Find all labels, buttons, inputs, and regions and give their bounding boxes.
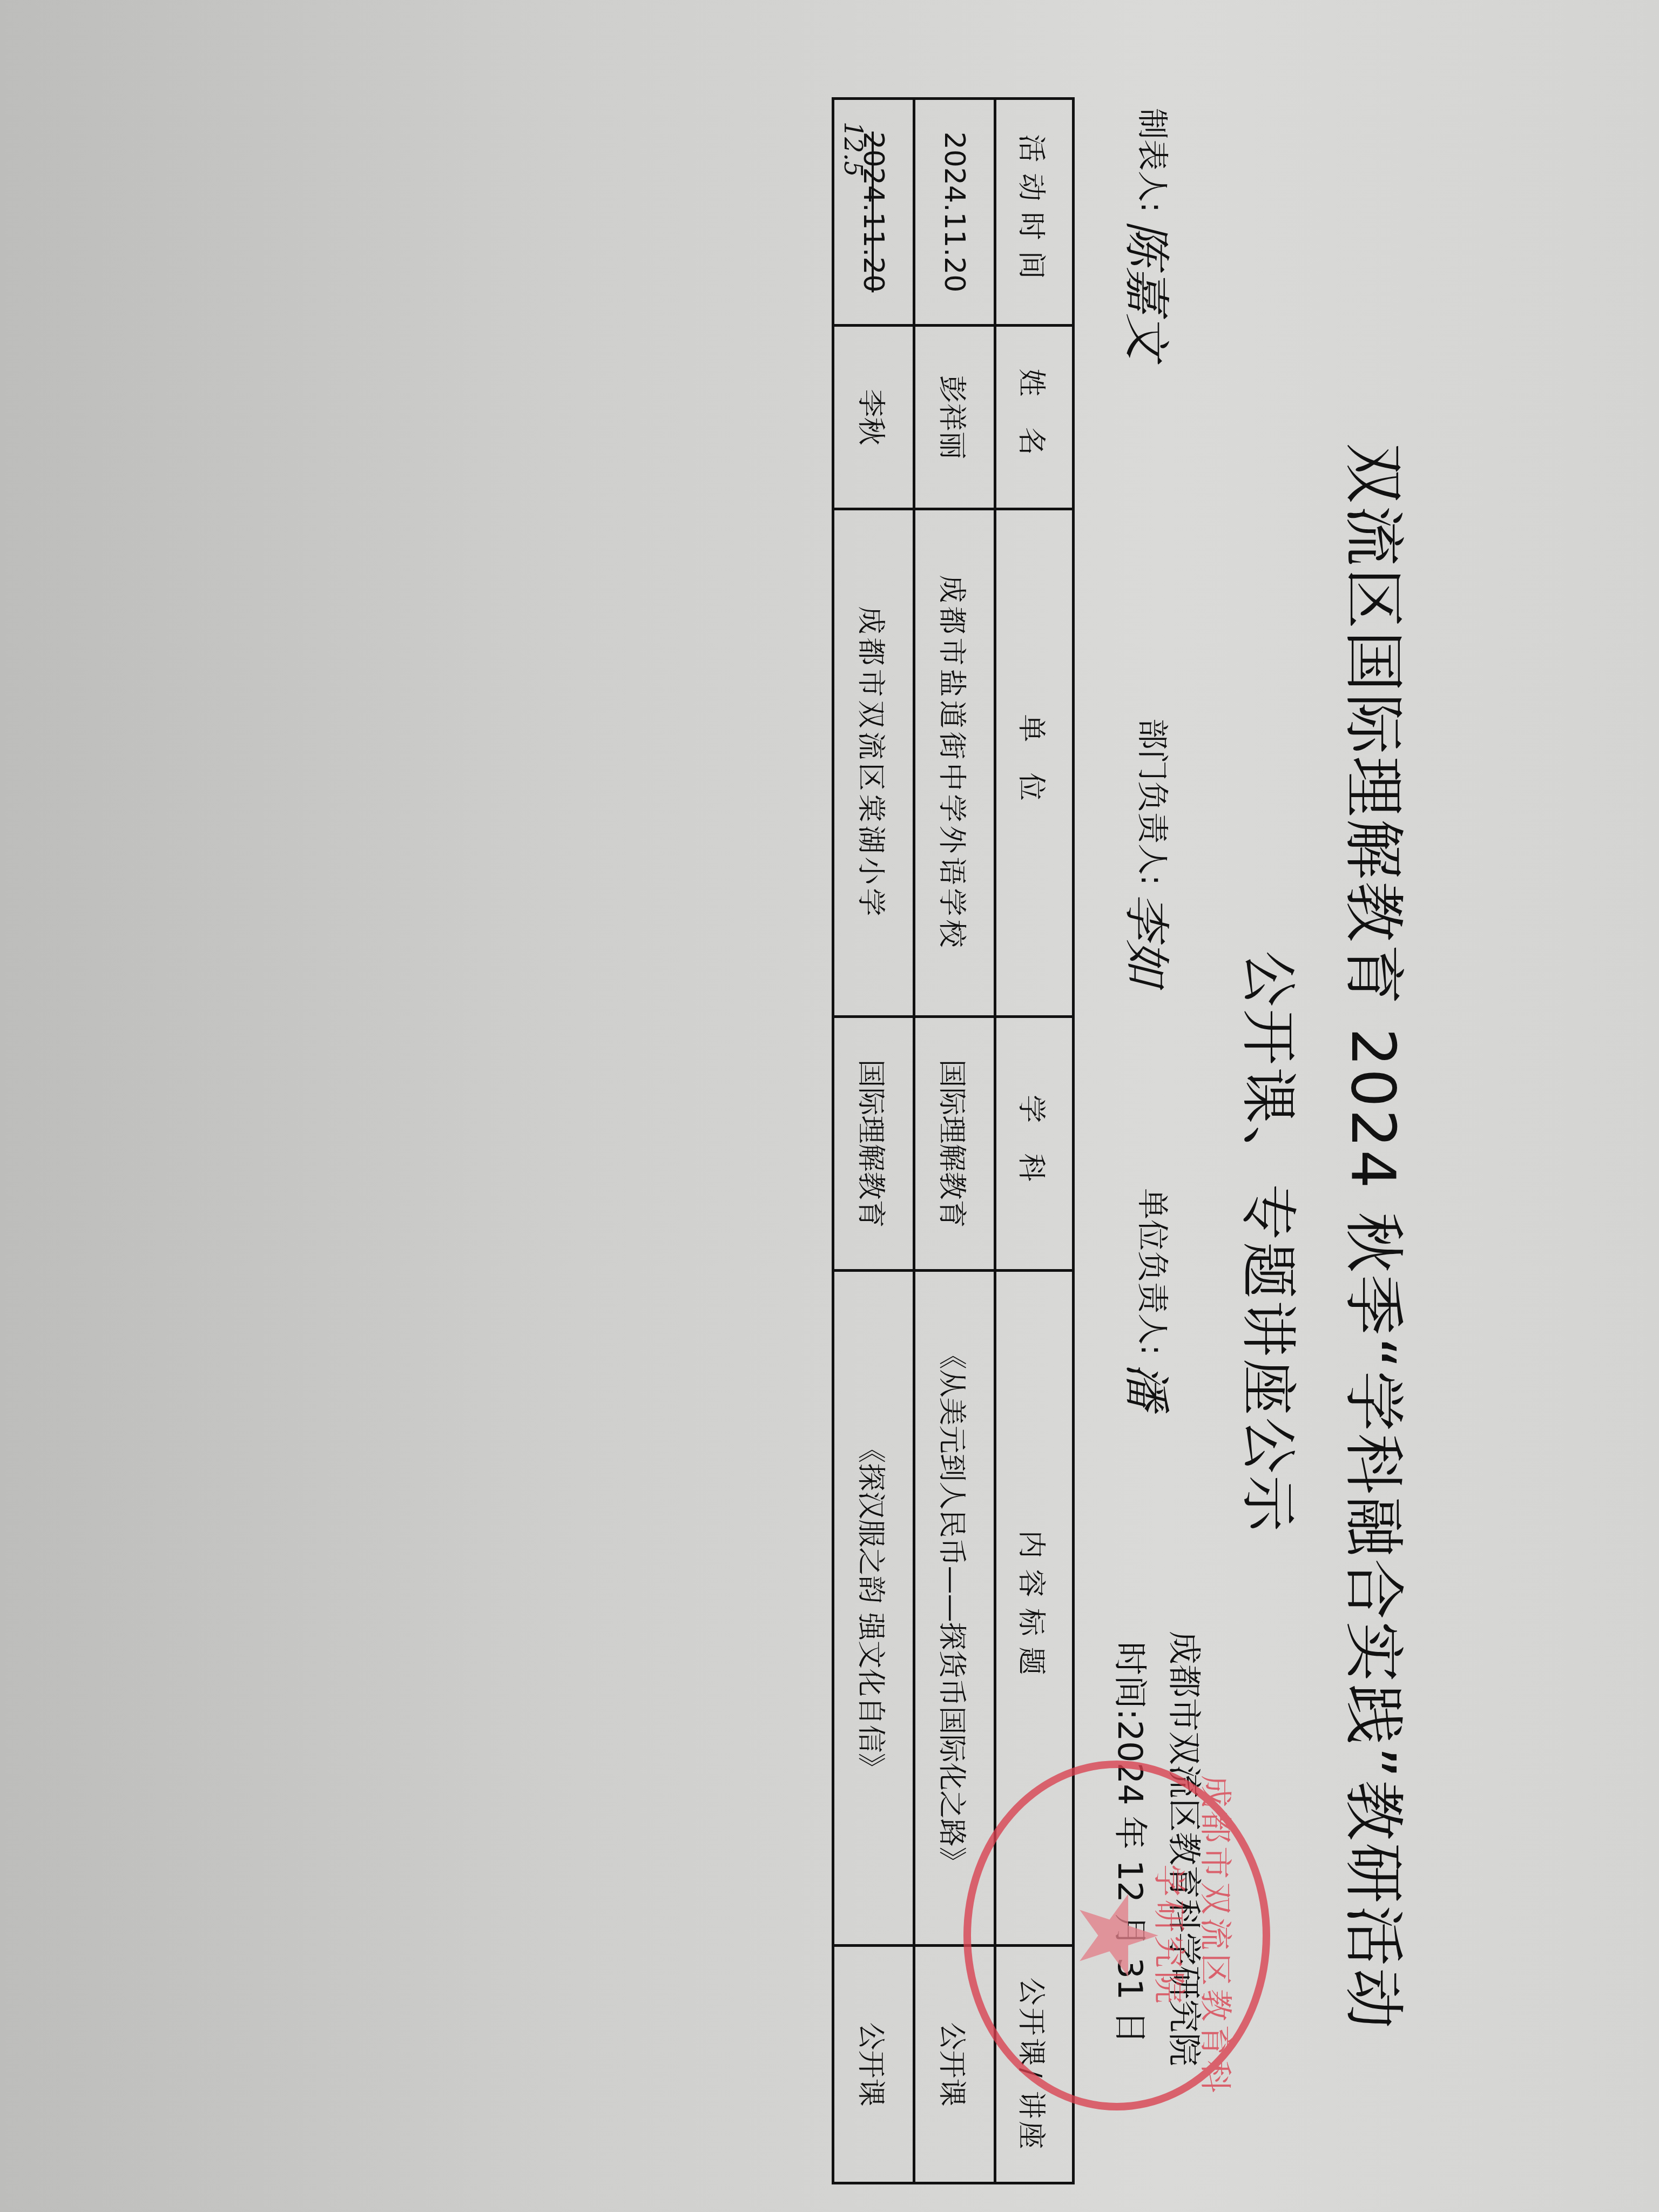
handwritten-signature: 潘	[1119, 1363, 1173, 1410]
cell-title: 《从美元到人民币——探货币国际化之路》	[914, 1271, 995, 1946]
handwritten-date-correction: 12.5	[839, 122, 868, 177]
official-seal: 成都市双流区教育科学研究院 ★	[963, 1761, 1270, 2110]
signature-preparer: 制表人:陈嘉文	[1117, 108, 1184, 360]
cell-date: 2024.11.20	[914, 99, 995, 326]
signature-unit-head: 单位负责人:潘	[1117, 1188, 1184, 1410]
signature-department-head: 部门负责人:李如	[1117, 718, 1184, 986]
document-page: 双流区国际理解教育 2024 秋季“学科融合实践”教研活动 公开课、专题讲座公示…	[0, 0, 1659, 2212]
handwritten-signature: 陈嘉文	[1119, 220, 1173, 360]
header-name: 姓 名	[995, 326, 1074, 509]
star-icon: ★	[1063, 1887, 1171, 1984]
cell-subject: 国际理解教育	[833, 1017, 914, 1271]
page-title: 双流区国际理解教育 2024 秋季“学科融合实践”教研活动	[1334, 443, 1421, 2063]
table-row: 2024.11.20 12.5 李秋 成都市双流区棠湖小学 国际理解教育 《探汉…	[833, 99, 914, 2183]
cell-subject: 国际理解教育	[914, 1017, 995, 1271]
cell-date: 2024.11.20 12.5	[833, 99, 914, 326]
page-subtitle: 公开课、专题讲座公示	[1232, 950, 1313, 1534]
cell-name: 李秋	[833, 326, 914, 509]
signature-label: 单位负责人:	[1134, 1188, 1171, 1355]
header-activity-time: 活动时间	[995, 99, 1074, 326]
signature-row: 制表人:陈嘉文 部门负责人:李如 单位负责人:潘	[1119, 108, 1195, 1728]
cell-type: 公开课	[833, 1946, 914, 2183]
header-unit: 单 位	[995, 509, 1074, 1017]
cell-unit: 成都市双流区棠湖小学	[833, 509, 914, 1017]
cell-unit: 成都市盐道街中学外语学校	[914, 509, 995, 1017]
cell-title: 《探汉服之韵 强文化自信》	[833, 1271, 914, 1946]
header-subject: 学 科	[995, 1017, 1074, 1271]
handwritten-signature: 李如	[1119, 893, 1173, 986]
cell-name: 彭祥丽	[914, 326, 995, 509]
date-text: 2024.11.20	[939, 132, 971, 293]
signature-label: 制表人:	[1134, 108, 1171, 213]
signature-label: 部门负责人:	[1134, 718, 1171, 886]
